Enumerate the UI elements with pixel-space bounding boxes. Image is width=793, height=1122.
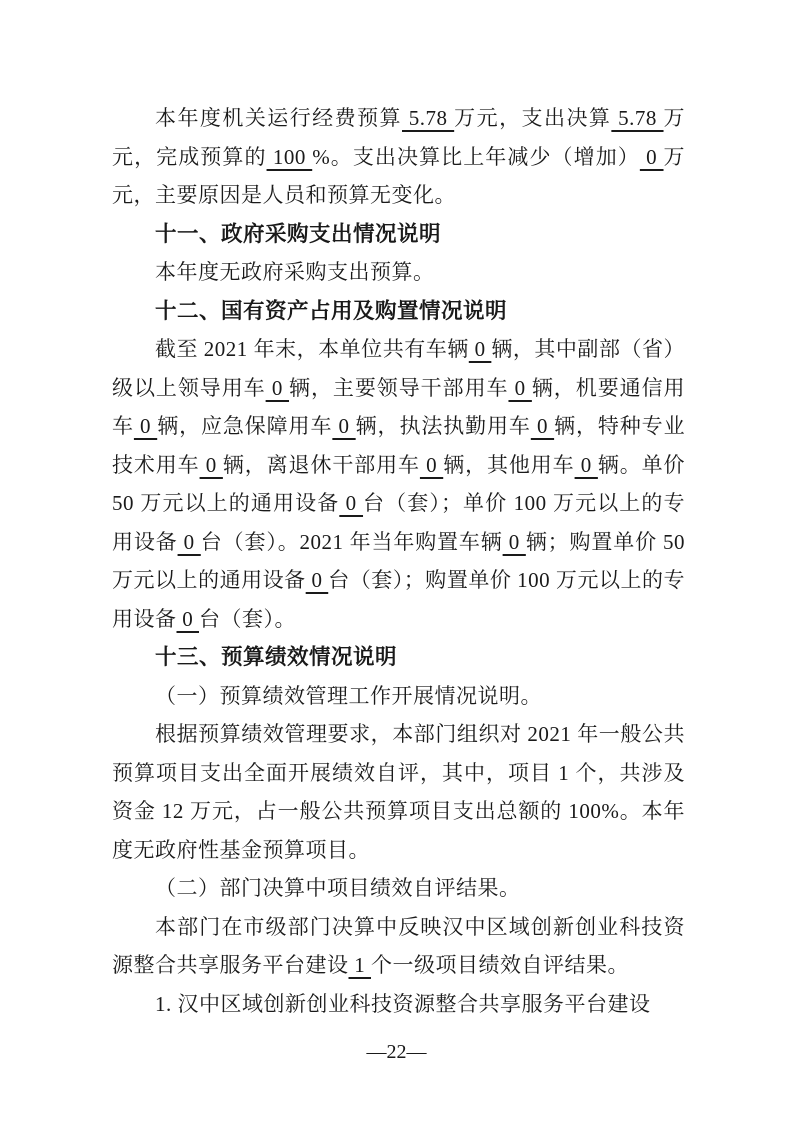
- body-paragraph: 1. 汉中区域创新创业科技资源整合共享服务平台建设: [112, 985, 685, 1024]
- underlined-value: 100: [267, 145, 313, 169]
- body-paragraph: 本年度无政府采购支出预算。: [112, 253, 685, 292]
- underlined-value: 0: [503, 530, 526, 554]
- underlined-value: 0: [420, 453, 443, 477]
- text-run: 十三、预算绩效情况说明: [155, 645, 397, 669]
- text-run: 本年度机关运行经费预算: [155, 106, 402, 130]
- body-paragraph: 本部门在市级部门决算中反映汉中区域创新创业科技资源整合共享服务平台建设 1 个一…: [112, 908, 685, 985]
- page-number: —22—: [0, 1038, 793, 1066]
- underlined-value: 0: [177, 607, 200, 631]
- text-run: %。支出决算比上年减少（增加）: [312, 145, 640, 169]
- section-heading: 十二、国有资产占用及购置情况说明: [112, 292, 685, 331]
- text-run: 万元，支出决算: [454, 106, 611, 130]
- text-run: 十二、国有资产占用及购置情况说明: [155, 299, 507, 323]
- text-run: 十一、政府采购支出情况说明: [155, 222, 441, 246]
- text-run: 辆，执法执勤用车: [356, 414, 531, 438]
- underlined-value: 0: [575, 453, 598, 477]
- text-run: 辆，其他用车: [443, 453, 574, 477]
- underlined-value: 0: [200, 453, 223, 477]
- text-run: 个一级项目绩效自评结果。: [371, 953, 629, 977]
- section-heading: 十一、政府采购支出情况说明: [112, 215, 685, 254]
- text-run: 本年度无政府采购支出预算。: [155, 260, 435, 284]
- text-run: 截至 2021 年末，本单位共有车辆: [155, 337, 469, 361]
- underlined-value: 0: [178, 530, 201, 554]
- underlined-value: 0: [306, 568, 329, 592]
- underlined-value: 0: [339, 491, 363, 515]
- text-run: （二）部门决算中项目绩效自评结果。: [155, 876, 521, 900]
- underlined-value: 1: [349, 953, 372, 977]
- underlined-value: 0: [508, 376, 531, 400]
- underlined-value: 0: [332, 414, 355, 438]
- text-run: 1. 汉中区域创新创业科技资源整合共享服务平台建设: [155, 992, 651, 1016]
- text-run: 台（套）。: [199, 607, 296, 631]
- body-paragraph: 根据预算绩效管理要求，本部门组织对 2021 年一般公共预算项目支出全面开展绩效…: [112, 715, 685, 869]
- text-run: 辆，应急保障用车: [157, 414, 332, 438]
- body-paragraph: （二）部门决算中项目绩效自评结果。: [112, 869, 685, 908]
- underlined-value: 0: [266, 376, 289, 400]
- underlined-value: 5.78: [402, 106, 454, 130]
- text-run: 辆，离退休干部用车: [223, 453, 420, 477]
- text-run: 辆，主要领导干部用车: [289, 376, 508, 400]
- underlined-value: 0: [134, 414, 157, 438]
- text-run: 台（套）。2021 年当年购置车辆: [201, 530, 503, 554]
- underlined-value: 0: [531, 414, 554, 438]
- body-paragraph: 本年度机关运行经费预算 5.78 万元，支出决算 5.78 万元，完成预算的 1…: [112, 99, 685, 215]
- body-paragraph: 截至 2021 年末，本单位共有车辆 0 辆，其中副部（省）级以上领导用车 0 …: [112, 330, 685, 638]
- section-heading: 十三、预算绩效情况说明: [112, 638, 685, 677]
- text-run: （一）预算绩效管理工作开展情况说明。: [155, 684, 542, 708]
- document-page: 本年度机关运行经费预算 5.78 万元，支出决算 5.78 万元，完成预算的 1…: [0, 0, 793, 1122]
- underlined-value: 0: [640, 145, 664, 169]
- underlined-value: 5.78: [611, 106, 663, 130]
- underlined-value: 0: [469, 337, 492, 361]
- body-paragraph: （一）预算绩效管理工作开展情况说明。: [112, 677, 685, 716]
- document-body: 本年度机关运行经费预算 5.78 万元，支出决算 5.78 万元，完成预算的 1…: [112, 99, 685, 1023]
- text-run: 根据预算绩效管理要求，本部门组织对 2021 年一般公共预算项目支出全面开展绩效…: [112, 722, 685, 862]
